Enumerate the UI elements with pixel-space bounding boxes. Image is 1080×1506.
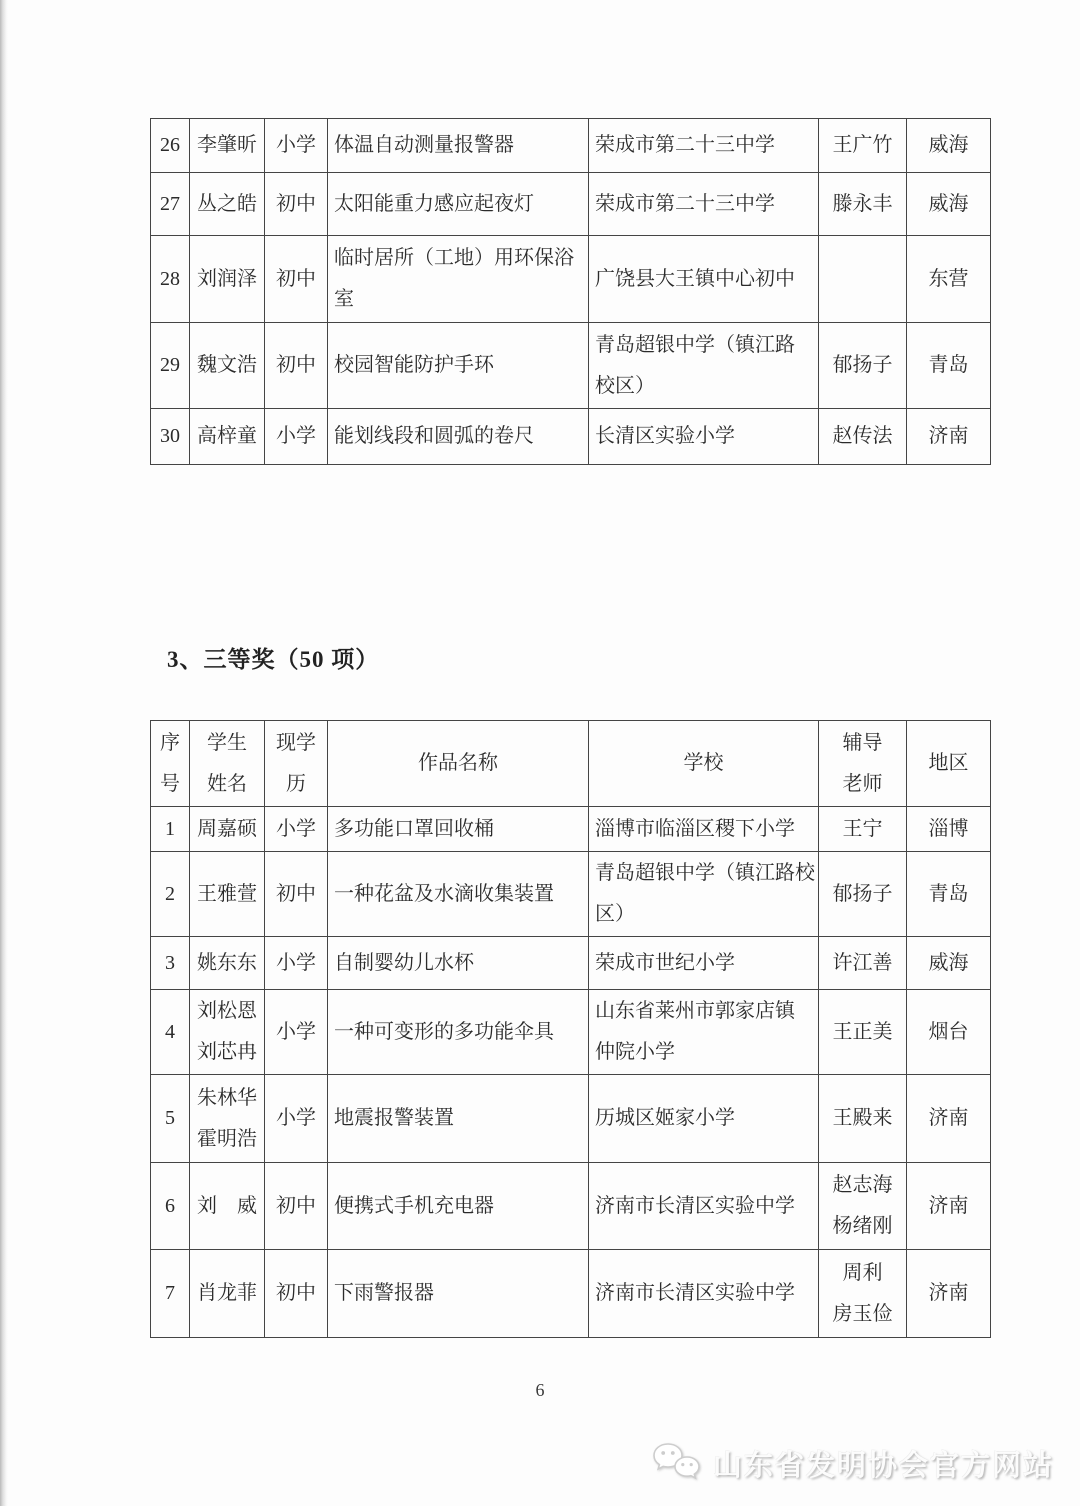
table-cell: 长清区实验小学 <box>589 409 819 465</box>
table-cell: 荣成市第二十三中学 <box>589 119 819 173</box>
table-cell: 青岛超银中学（镇江路 校区） <box>589 323 819 409</box>
table-cell: 2 <box>151 852 190 937</box>
column-header: 学校 <box>589 721 819 807</box>
table-cell: 历城区姬家小学 <box>589 1075 819 1163</box>
table-cell: 自制婴幼儿水杯 <box>328 937 589 990</box>
table-cell: 威海 <box>907 173 991 236</box>
table-cell: 一种花盆及水滴收集装置 <box>328 852 589 937</box>
table-cell: 初中 <box>265 1163 328 1250</box>
table-cell: 魏文浩 <box>190 323 265 409</box>
table-cell: 郁扬子 <box>819 323 907 409</box>
table-row: 6刘 威初中便携式手机充电器济南市长清区实验中学赵志海 杨绪刚济南 <box>151 1163 991 1250</box>
table-cell: 青岛 <box>907 852 991 937</box>
table-cell: 周利 房玉俭 <box>819 1250 907 1338</box>
table-cell: 小学 <box>265 807 328 852</box>
table-cell: 刘 威 <box>190 1163 265 1250</box>
table-cell: 王广竹 <box>819 119 907 173</box>
table-cell: 威海 <box>907 937 991 990</box>
column-header: 地区 <box>907 721 991 807</box>
table-cell: 王正美 <box>819 990 907 1075</box>
third-prize-table: 序 号学生 姓名现学 历作品名称学校辅导 老师地区1周嘉硕小学多功能口罩回收桶淄… <box>150 720 991 1338</box>
table-cell: 刘松恩 刘芯冉 <box>190 990 265 1075</box>
table-cell: 校园智能防护手环 <box>328 323 589 409</box>
table-row: 1周嘉硕小学多功能口罩回收桶淄博市临淄区稷下小学王宁淄博 <box>151 807 991 852</box>
table-cell: 王雅萱 <box>190 852 265 937</box>
table-cell: 王殿来 <box>819 1075 907 1163</box>
wechat-icon <box>651 1441 703 1485</box>
document-page: 26李肇昕小学体温自动测量报警器荣成市第二十三中学王广竹威海27丛之皓初中太阳能… <box>0 0 1080 1506</box>
table-cell: 朱林华 霍明浩 <box>190 1075 265 1163</box>
table-cell: 赵志海 杨绪刚 <box>819 1163 907 1250</box>
table-cell: 淄博市临淄区稷下小学 <box>589 807 819 852</box>
table-cell: 小学 <box>265 990 328 1075</box>
table-cell: 济南 <box>907 1250 991 1338</box>
table-cell: 27 <box>151 173 190 236</box>
column-header: 现学 历 <box>265 721 328 807</box>
table-cell: 5 <box>151 1075 190 1163</box>
table-cell: 小学 <box>265 119 328 173</box>
page-number: 6 <box>0 1380 1080 1401</box>
table-cell: 赵传法 <box>819 409 907 465</box>
watermark: 山东省发明协会官方网站 <box>651 1441 1054 1485</box>
table-row: 5朱林华 霍明浩小学地震报警装置历城区姬家小学王殿来济南 <box>151 1075 991 1163</box>
table-cell: 30 <box>151 409 190 465</box>
scan-edge-shadow <box>0 0 8 1506</box>
table-cell: 28 <box>151 236 190 323</box>
table-cell: 烟台 <box>907 990 991 1075</box>
table-header-row: 序 号学生 姓名现学 历作品名称学校辅导 老师地区 <box>151 721 991 807</box>
table-cell: 初中 <box>265 323 328 409</box>
table-cell: 郁扬子 <box>819 852 907 937</box>
table-cell: 小学 <box>265 409 328 465</box>
table-cell: 地震报警装置 <box>328 1075 589 1163</box>
watermark-text: 山东省发明协会官方网站 <box>713 1443 1054 1484</box>
table-cell: 26 <box>151 119 190 173</box>
table-cell: 荣成市第二十三中学 <box>589 173 819 236</box>
table-cell: 姚东东 <box>190 937 265 990</box>
table-cell: 能划线段和圆弧的卷尺 <box>328 409 589 465</box>
table-cell: 山东省莱州市郭家店镇 仲院小学 <box>589 990 819 1075</box>
table-body: 序 号学生 姓名现学 历作品名称学校辅导 老师地区1周嘉硕小学多功能口罩回收桶淄… <box>151 721 991 1338</box>
table-cell: 淄博 <box>907 807 991 852</box>
table-cell: 肖龙菲 <box>190 1250 265 1338</box>
table-cell: 初中 <box>265 236 328 323</box>
table-cell: 滕永丰 <box>819 173 907 236</box>
table-cell: 周嘉硕 <box>190 807 265 852</box>
table-cell: 多功能口罩回收桶 <box>328 807 589 852</box>
table-row: 28刘润泽初中临时居所（工地）用环保浴 室广饶县大王镇中心初中东营 <box>151 236 991 323</box>
table-cell: 小学 <box>265 937 328 990</box>
table-row: 27丛之皓初中太阳能重力感应起夜灯荣成市第二十三中学滕永丰威海 <box>151 173 991 236</box>
table-cell: 体温自动测量报警器 <box>328 119 589 173</box>
table-cell: 王宁 <box>819 807 907 852</box>
table-cell: 济南市长清区实验中学 <box>589 1163 819 1250</box>
table-cell: 临时居所（工地）用环保浴 室 <box>328 236 589 323</box>
second-prize-table-continued: 26李肇昕小学体温自动测量报警器荣成市第二十三中学王广竹威海27丛之皓初中太阳能… <box>150 118 991 465</box>
table-cell: 4 <box>151 990 190 1075</box>
table-row: 7肖龙菲初中下雨警报器济南市长清区实验中学周利 房玉俭济南 <box>151 1250 991 1338</box>
table-cell: 青岛超银中学（镇江路校 区） <box>589 852 819 937</box>
table-cell: 济南 <box>907 409 991 465</box>
table-row: 2王雅萱初中一种花盆及水滴收集装置青岛超银中学（镇江路校 区）郁扬子青岛 <box>151 852 991 937</box>
table-cell: 威海 <box>907 119 991 173</box>
table-cell: 6 <box>151 1163 190 1250</box>
table-cell: 许江善 <box>819 937 907 990</box>
table-cell: 初中 <box>265 852 328 937</box>
table-cell: 初中 <box>265 173 328 236</box>
table-cell: 高梓童 <box>190 409 265 465</box>
table-cell: 小学 <box>265 1075 328 1163</box>
table-cell: 济南 <box>907 1163 991 1250</box>
column-header: 辅导 老师 <box>819 721 907 807</box>
table-cell: 刘润泽 <box>190 236 265 323</box>
table-cell: 李肇昕 <box>190 119 265 173</box>
table-row: 29魏文浩初中校园智能防护手环青岛超银中学（镇江路 校区）郁扬子青岛 <box>151 323 991 409</box>
table-cell: 太阳能重力感应起夜灯 <box>328 173 589 236</box>
table-row: 30高梓童小学能划线段和圆弧的卷尺长清区实验小学赵传法济南 <box>151 409 991 465</box>
table-cell: 1 <box>151 807 190 852</box>
table-cell: 青岛 <box>907 323 991 409</box>
column-header: 序 号 <box>151 721 190 807</box>
table-cell: 荣成市世纪小学 <box>589 937 819 990</box>
section-heading: 3、三等奖（50 项） <box>167 641 379 674</box>
table-cell: 29 <box>151 323 190 409</box>
table-body: 26李肇昕小学体温自动测量报警器荣成市第二十三中学王广竹威海27丛之皓初中太阳能… <box>151 119 991 465</box>
table-cell: 初中 <box>265 1250 328 1338</box>
table-cell: 济南 <box>907 1075 991 1163</box>
table-cell: 3 <box>151 937 190 990</box>
table-row: 4刘松恩 刘芯冉小学一种可变形的多功能伞具山东省莱州市郭家店镇 仲院小学王正美烟… <box>151 990 991 1075</box>
table-cell: 一种可变形的多功能伞具 <box>328 990 589 1075</box>
table-row: 26李肇昕小学体温自动测量报警器荣成市第二十三中学王广竹威海 <box>151 119 991 173</box>
table-cell: 东营 <box>907 236 991 323</box>
table-cell: 丛之皓 <box>190 173 265 236</box>
table-cell: 下雨警报器 <box>328 1250 589 1338</box>
table-cell <box>819 236 907 323</box>
table-cell: 7 <box>151 1250 190 1338</box>
table-cell: 济南市长清区实验中学 <box>589 1250 819 1338</box>
column-header: 学生 姓名 <box>190 721 265 807</box>
table-cell: 便携式手机充电器 <box>328 1163 589 1250</box>
table-row: 3姚东东小学自制婴幼儿水杯荣成市世纪小学许江善威海 <box>151 937 991 990</box>
column-header: 作品名称 <box>328 721 589 807</box>
table-cell: 广饶县大王镇中心初中 <box>589 236 819 323</box>
